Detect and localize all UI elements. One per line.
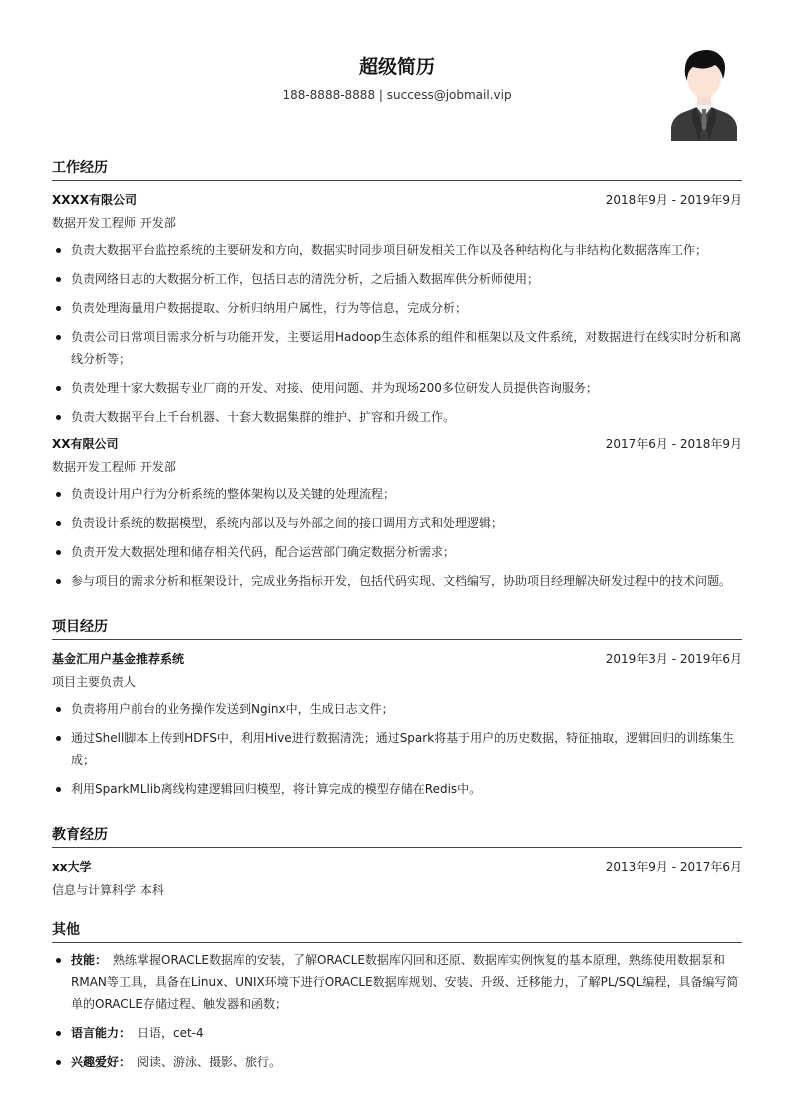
date-range: 2013年9月 - 2017年6月 xyxy=(606,858,742,875)
section-title: 其他 xyxy=(52,912,742,943)
section-title: 项目经历 xyxy=(52,609,742,640)
work-entry: XXXX有限公司 2018年9月 - 2019年9月 数据开发工程师 开发部 负… xyxy=(52,187,742,428)
project-name: 基金汇用户基金推荐系统 xyxy=(52,650,184,667)
section-work-experience: 工作经历 XXXX有限公司 2018年9月 - 2019年9月 数据开发工程师 … xyxy=(52,150,742,592)
list-item: 负责大数据平台监控系统的主要研发和方向，数据实时同步项目研发相关工作以及各种结构… xyxy=(52,239,742,261)
school-name: xx大学 xyxy=(52,858,91,875)
avatar-icon xyxy=(669,45,739,141)
section-title: 教育经历 xyxy=(52,817,742,848)
list-item: 语言能力：日语，cet-4 xyxy=(52,1022,742,1044)
list-item: 兴趣爱好：阅读、游泳、摄影、旅行。 xyxy=(52,1051,742,1073)
education-entry: xx大学 2013年9月 - 2017年6月 信息与计算科学 本科 xyxy=(52,854,742,902)
item-label: 兴趣爱好： xyxy=(71,1055,131,1069)
date-range: 2017年6月 - 2018年9月 xyxy=(606,435,742,452)
duty-list: 负责大数据平台监控系统的主要研发和方向，数据实时同步项目研发相关工作以及各种结构… xyxy=(52,239,742,428)
company-name: XXXX有限公司 xyxy=(52,191,137,208)
section-title: 工作经历 xyxy=(52,150,742,181)
list-item: 负责公司日常项目需求分析与功能开发，主要运用Hadoop生态体系的组件和框架以及… xyxy=(52,326,742,370)
date-range: 2018年9月 - 2019年9月 xyxy=(606,191,742,208)
project-entry: 基金汇用户基金推荐系统 2019年3月 - 2019年6月 项目主要负责人 负责… xyxy=(52,646,742,800)
job-role: 数据开发工程师 开发部 xyxy=(52,211,742,235)
list-item: 负责处理海量用户数据提取、分析归纳用户属性，行为等信息，完成分析； xyxy=(52,297,742,319)
major-degree: 信息与计算科学 本科 xyxy=(52,878,742,902)
candidate-name: 超级简历 xyxy=(52,52,742,79)
item-text: 阅读、游泳、摄影、旅行。 xyxy=(137,1055,281,1069)
project-role: 项目主要负责人 xyxy=(52,670,742,694)
list-item: 负责大数据平台上千台机器、十套大数据集群的维护、扩容和升级工作。 xyxy=(52,406,742,428)
list-item: 负责处理十家大数据专业厂商的开发、对接、使用问题、并为现场200多位研发人员提供… xyxy=(52,377,742,399)
other-list: 技能：熟练掌握ORACLE数据库的安装，了解ORACLE数据库闪回和还原、数据库… xyxy=(52,949,742,1073)
item-label: 语言能力： xyxy=(71,1026,131,1040)
duty-list: 负责设计用户行为分析系统的整体架构以及关键的处理流程； 负责设计系统的数据模型，… xyxy=(52,483,742,592)
list-item: 负责开发大数据处理和储存相关代码，配合运营部门确定数据分析需求； xyxy=(52,541,742,563)
list-item: 负责设计系统的数据模型，系统内部以及与外部之间的接口调用方式和处理逻辑； xyxy=(52,512,742,534)
resume-header: 超级简历 188-8888-8888 | success@jobmail.vip xyxy=(52,0,742,150)
company-name: XX有限公司 xyxy=(52,435,119,452)
list-item: 负责将用户前台的业务操作发送到Nginx中，生成日志文件； xyxy=(52,698,742,720)
job-role: 数据开发工程师 开发部 xyxy=(52,455,742,479)
section-other: 其他 技能：熟练掌握ORACLE数据库的安装，了解ORACLE数据库闪回和还原、… xyxy=(52,912,742,1073)
work-entry: XX有限公司 2017年6月 - 2018年9月 数据开发工程师 开发部 负责设… xyxy=(52,431,742,592)
project-list: 负责将用户前台的业务操作发送到Nginx中，生成日志文件； 通过Shell脚本上… xyxy=(52,698,742,800)
section-projects: 项目经历 基金汇用户基金推荐系统 2019年3月 - 2019年6月 项目主要负… xyxy=(52,609,742,800)
list-item: 利用SparkMLlib离线构建逻辑回归模型，将计算完成的模型存储在Redis中… xyxy=(52,778,742,800)
list-item: 负责设计用户行为分析系统的整体架构以及关键的处理流程； xyxy=(52,483,742,505)
list-item: 负责网络日志的大数据分析工作，包括日志的清洗分析，之后插入数据库供分析师使用； xyxy=(52,268,742,290)
list-item: 技能：熟练掌握ORACLE数据库的安装，了解ORACLE数据库闪回和还原、数据库… xyxy=(52,949,742,1015)
section-education: 教育经历 xx大学 2013年9月 - 2017年6月 信息与计算科学 本科 xyxy=(52,817,742,902)
resume-page: 超级简历 188-8888-8888 | success@jobmail.vip xyxy=(52,0,742,1080)
item-label: 技能： xyxy=(71,953,107,967)
item-text: 熟练掌握ORACLE数据库的安装，了解ORACLE数据库闪回和还原、数据库实例恢… xyxy=(71,953,738,1011)
list-item: 参与项目的需求分析和框架设计，完成业务指标开发，包括代码实现、文档编写，协助项目… xyxy=(52,570,742,592)
date-range: 2019年3月 - 2019年6月 xyxy=(606,650,742,667)
item-text: 日语，cet-4 xyxy=(137,1026,204,1040)
contact-info: 188-8888-8888 | success@jobmail.vip xyxy=(52,88,742,102)
avatar xyxy=(669,45,739,141)
list-item: 通过Shell脚本上传到HDFS中，利用Hive进行数据清洗；通过Spark将基… xyxy=(52,727,742,771)
